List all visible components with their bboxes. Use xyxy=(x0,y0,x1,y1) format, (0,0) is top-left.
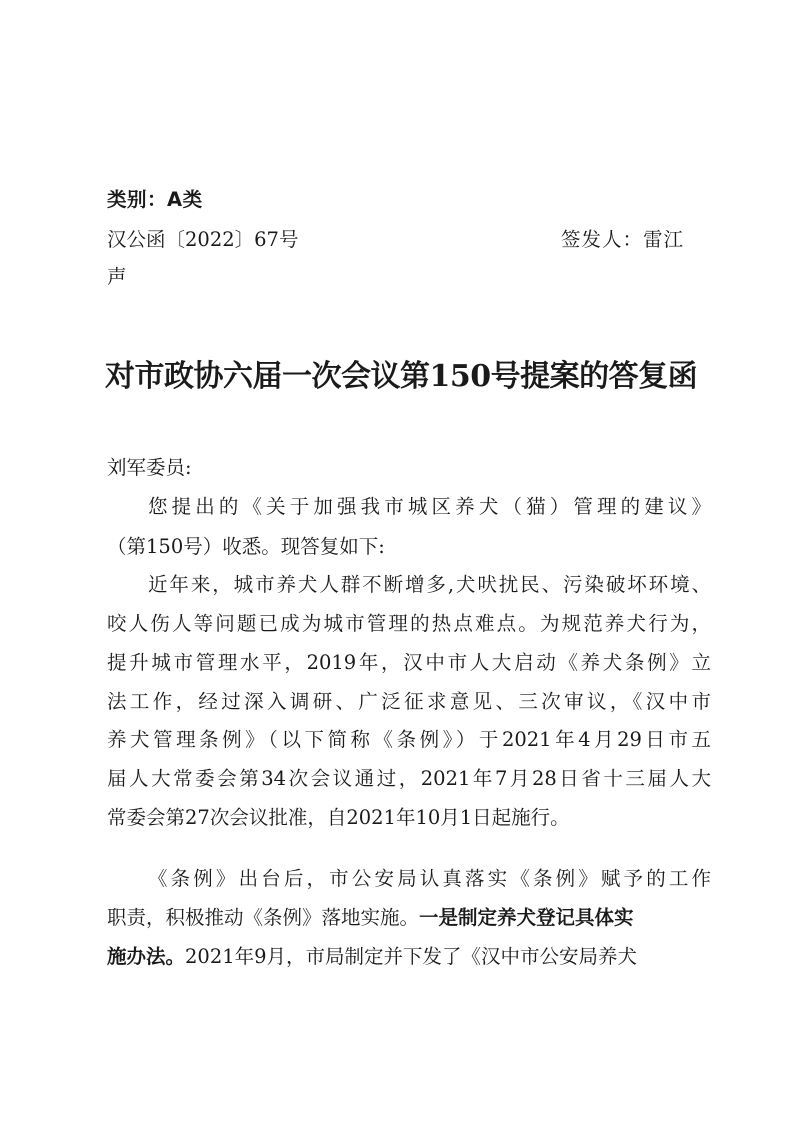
paragraph-2-line-7: 常委会第27次会议批准，自2021年10月1日起施行。 xyxy=(107,806,711,830)
document-number: 汉公函〔2022〕67号 xyxy=(107,228,298,252)
document-page: 类别：A类 汉公函〔2022〕67号 签发人：雷江 声 对市政协六届一次会议第1… xyxy=(0,0,793,1122)
paragraph-3-line-3-text: 2021年9月，市局制定并下发了《汉中市公安局养犬 xyxy=(185,945,637,968)
paragraph-1-line-1: 您提出的《关于加强我市城区养犬（猫）管理的建议》 xyxy=(107,495,711,519)
paragraph-2-line-5: 养犬管理条例》（以下简称《条例》）于2021年4月29日市五 xyxy=(107,728,711,752)
signer-name-overflow: 声 xyxy=(107,265,711,289)
paragraph-1-line-2: （第150号）收悉。现答复如下: xyxy=(107,535,711,559)
paragraph-3-line-2: 职责，积极推动《条例》落地实施。一是制定养犬登记具体实 xyxy=(107,906,711,930)
paragraph-2-line-4: 法工作，经过深入调研、广泛征求意见、三次审议，《汉中市 xyxy=(107,690,711,714)
paragraph-3-line-1: 《条例》出台后，市公安局认真落实《条例》赋予的工作 xyxy=(107,867,711,891)
category-label: 类别：A类 xyxy=(107,188,711,212)
paragraph-2-line-1: 近年来，城市养犬人群不断增多,犬吠扰民、污染破坏环境、 xyxy=(107,573,711,597)
paragraph-3-line-3: 施办法。2021年9月，市局制定并下发了《汉中市公安局养犬 xyxy=(107,945,711,969)
bold-phrase-first-measure-end: 施办法。 xyxy=(107,945,185,968)
paragraph-2-line-3: 提升城市管理水平，2019年，汉中市人大启动《养犬条例》立 xyxy=(107,651,711,675)
salutation: 刘军委员: xyxy=(107,456,711,480)
signer-label: 签发人：雷江 xyxy=(561,228,684,252)
page-title: 对市政协六届一次会议第150号提案的答复函 xyxy=(105,359,715,395)
paragraph-2-line-2: 咬人伤人等问题已成为城市管理的热点难点。为规范养犬行为， xyxy=(107,612,711,636)
paragraph-2-line-6: 届人大常委会第34次会议通过，2021年7月28日省十三届人大 xyxy=(107,767,711,791)
paragraph-3-line-2-text: 职责，积极推动《条例》落地实施。 xyxy=(107,906,419,929)
bold-phrase-first-measure: 一是制定养犬登记具体实 xyxy=(419,906,634,929)
